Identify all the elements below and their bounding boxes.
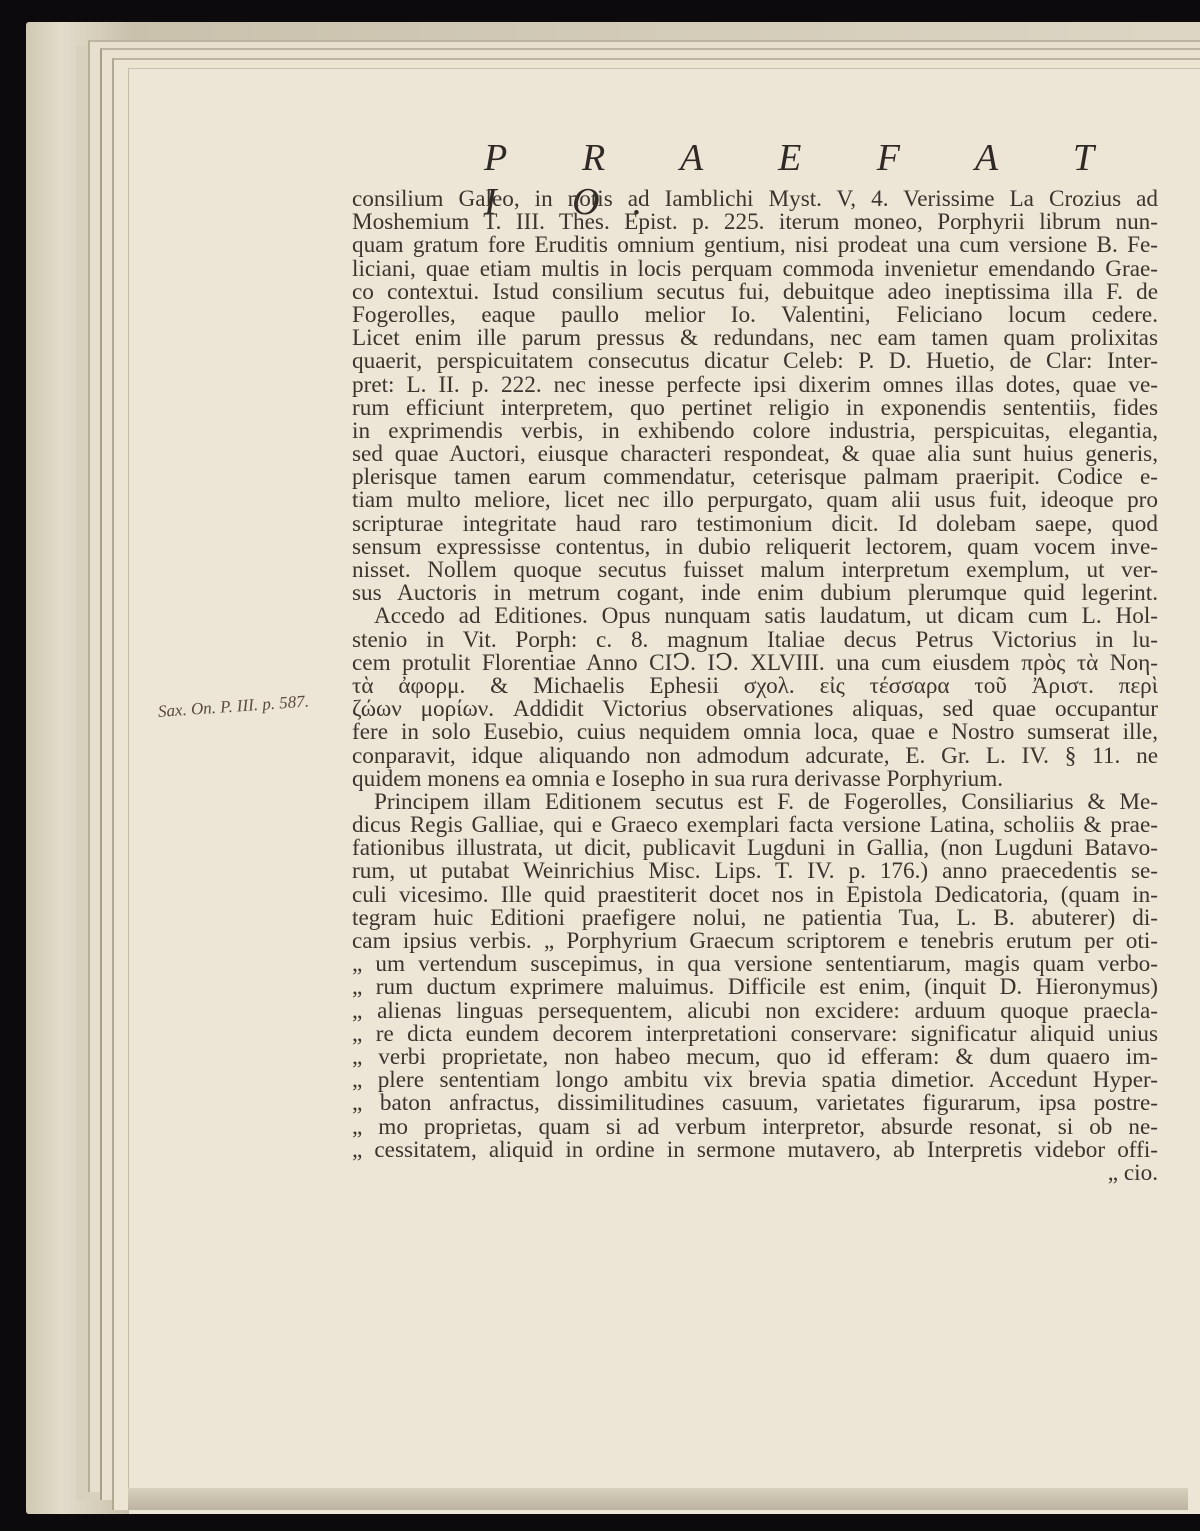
text-line: consilium Galeo, in notis ad Iamblichi M… [352, 188, 1158, 211]
text-line: quaerit, perspicuitatem consecutus dicat… [352, 350, 1158, 373]
text-line: sed quae Auctori, eiusque characteri res… [352, 443, 1158, 466]
body-text: consilium Galeo, in notis ad Iamblichi M… [352, 188, 1158, 1185]
text-line: pret: L. II. p. 222. nec inesse perfecte… [352, 374, 1158, 397]
text-line: „ re dicta eundem decorem interpretation… [352, 1023, 1158, 1046]
text-line: stenio in Vit. Porph: c. 8. magnum Itali… [352, 629, 1158, 652]
text-line: sus Auctoris in metrum cogant, inde enim… [352, 582, 1158, 605]
text-line: cem protulit Florentiae Anno CIↃ. IↃ. XL… [352, 652, 1158, 675]
text-line: scripturae integritate haud raro testimo… [352, 513, 1158, 536]
text-line: rum, ut putabat Weinrichius Misc. Lips. … [352, 860, 1158, 883]
text-line: Licet enim ille parum pressus & redundan… [352, 327, 1158, 350]
text-line: τὰ ἀφορμ. & Michaelis Ephesii σχολ. εἰς … [352, 675, 1158, 698]
text-line: nisset. Nollem quoque secutus fuisset ma… [352, 559, 1158, 582]
text-line: „ cessitatem, aliquid in ordine in sermo… [352, 1139, 1158, 1162]
text-line: rum efficiunt interpretem, quo pertinet … [352, 397, 1158, 420]
text-line: „ baton anfractus, dissimilitudines casu… [352, 1092, 1158, 1115]
text-line: liciani, quae etiam multis in locis perq… [352, 258, 1158, 281]
text-line: culi vicesimo. Ille quid praestiterit do… [352, 884, 1158, 907]
text-line: „ cio. [352, 1162, 1158, 1185]
text-line: quidem monens ea omnia e Iosepho in sua … [352, 768, 1158, 791]
text-line: „ plere sententiam longo ambitu vix brev… [352, 1069, 1158, 1092]
text-line: „ mo proprietas, quam si ad verbum inter… [352, 1116, 1158, 1139]
text-line: Fogerolles, eaque paullo melior Io. Vale… [352, 304, 1158, 327]
text-line: „ rum ductum exprimere maluimus. Diffici… [352, 976, 1158, 999]
text-line: Principem illam Editionem secutus est F.… [352, 791, 1158, 814]
page-bottom-edge [128, 1488, 1188, 1510]
text-line: sensum expressisse contentus, in dubio r… [352, 536, 1158, 559]
text-line: „ verbi proprietate, non habeo mecum, qu… [352, 1046, 1158, 1069]
text-line: „ alienas linguas persequentem, alicubi … [352, 1000, 1158, 1023]
text-line: tiam multo meliore, licet nec illo perpu… [352, 489, 1158, 512]
text-line: dicus Regis Galliae, qui e Graeco exempl… [352, 814, 1158, 837]
text-line: plerisque tamen earum commendatur, ceter… [352, 466, 1158, 489]
text-line: „ um vertendum suscepimus, in qua versio… [352, 953, 1158, 976]
text-line: conparavit, idque aliquando non admodum … [352, 745, 1158, 768]
text-line: ζώων μορίων. Addidit Victorius observati… [352, 698, 1158, 721]
text-line: quam gratum fore Eruditis omnium gentium… [352, 234, 1158, 257]
text-line: cam ipsius verbis. „ Porphyrium Graecum … [352, 930, 1158, 953]
text-line: co contextui. Istud consilium secutus fu… [352, 281, 1158, 304]
text-line: tegram huic Editioni praefigere nolui, n… [352, 907, 1158, 930]
text-line: Moshemium T. III. Thes. Epist. p. 225. i… [352, 211, 1158, 234]
text-line: fere in solo Eusebio, cuius nequidem omn… [352, 721, 1158, 744]
text-line: in exprimendis verbis, in exhibendo colo… [352, 420, 1158, 443]
text-line: fationibus illustrata, ut dicit, publica… [352, 837, 1158, 860]
text-line: Accedo ad Editiones. Opus nunquam satis … [352, 605, 1158, 628]
